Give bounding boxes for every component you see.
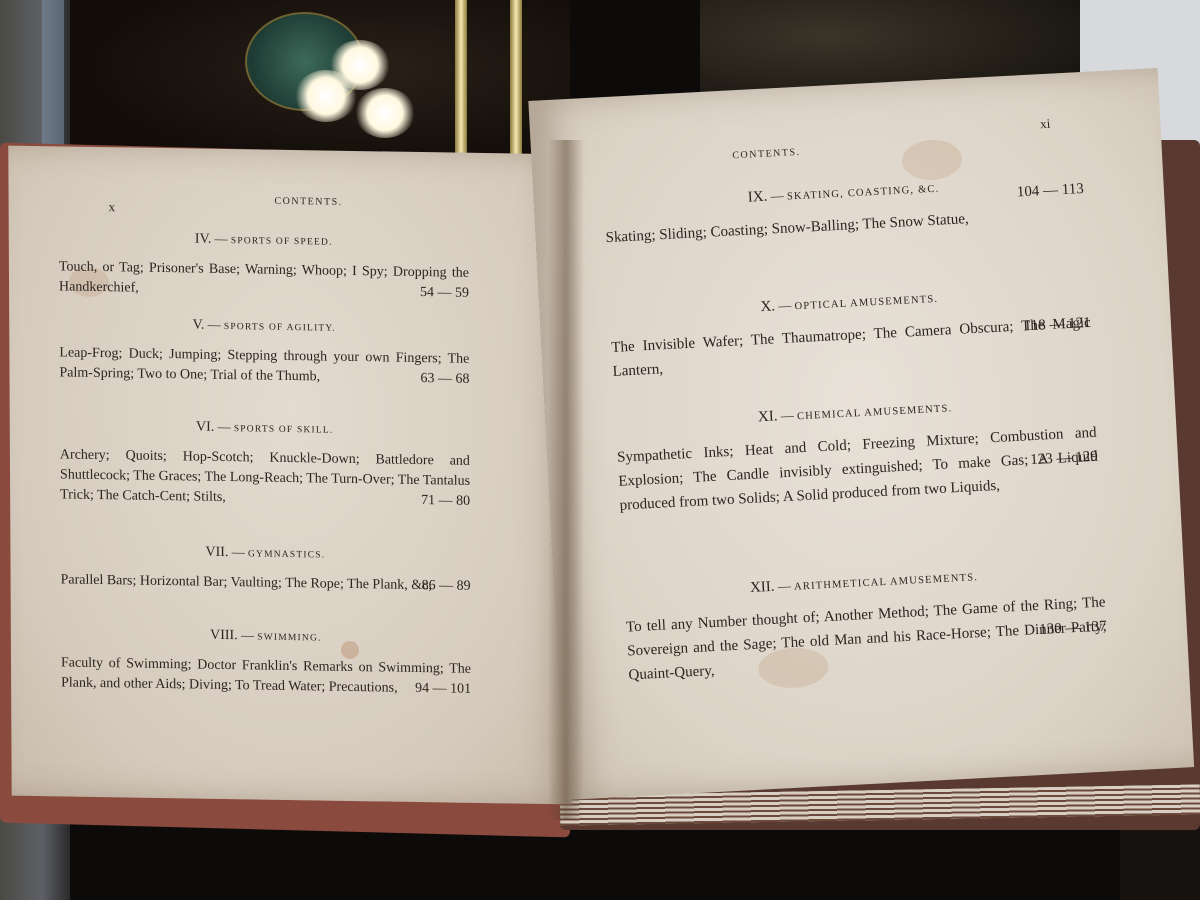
running-head: CONTENTS. xyxy=(452,132,1082,176)
section-heading: VIII. — Swimming. xyxy=(61,624,471,647)
section-entries: Sympathetic Inks; Heat and Cold; Freezin… xyxy=(617,421,1100,518)
page-number: xi xyxy=(1040,116,1051,133)
contents-section: VI. — Sports of Skill. Archery; Quoits; … xyxy=(60,416,470,511)
page-range: 94 — 101 xyxy=(415,679,471,700)
light-glare xyxy=(330,40,390,90)
section-heading: IV. — Sports of Speed. xyxy=(59,228,469,251)
section-entries: Faculty of Swimming; Doctor Franklin's R… xyxy=(61,653,471,699)
contents-section: V. — Sports of Agility. Leap-Frog; Duck;… xyxy=(59,314,469,389)
section-entries: The Invisible Wafer; The Thaumatrope; Th… xyxy=(611,311,1093,384)
contents-section: X. — Optical Amusements. The Invisible W… xyxy=(609,282,1092,384)
book-gutter xyxy=(548,140,584,820)
section-entries: To tell any Number thought of; Another M… xyxy=(625,590,1108,687)
section-heading: VII. — Gymnastics. xyxy=(60,541,470,564)
light-glare xyxy=(355,88,415,138)
page-range: 118 — 121 xyxy=(1023,311,1091,338)
contents-section: XII. — Arithmetical Amusements. To tell … xyxy=(624,562,1109,688)
right-page: xi CONTENTS. IX. — Skating, Coasting, &c… xyxy=(528,68,1194,800)
page-range: 123 — 129 xyxy=(1030,445,1099,472)
page-range: 63 — 68 xyxy=(420,369,469,390)
section-entries: Touch, or Tag; Prisoner's Base; Warning;… xyxy=(59,257,469,303)
section-entries: Leap-Frog; Duck; Jumping; Stepping throu… xyxy=(59,343,469,389)
contents-section: IV. — Sports of Speed. Touch, or Tag; Pr… xyxy=(59,228,469,303)
page-range: 104 — 113 xyxy=(1016,177,1084,204)
section-entries: Archery; Quoits; Hop-Scotch; Knuckle-Dow… xyxy=(60,445,470,511)
page-range: 86 — 89 xyxy=(422,576,471,597)
section-heading: V. — Sports of Agility. xyxy=(59,314,469,337)
contents-section: IX. — Skating, Coasting, &c. Skating; Sl… xyxy=(604,172,1086,250)
contents-section: VIII. — Swimming. Faculty of Swimming; D… xyxy=(61,624,471,699)
page-range: 130 — 137 xyxy=(1039,614,1108,641)
section-entries: Parallel Bars; Horizontal Bar; Vaulting;… xyxy=(61,570,471,596)
display-rod xyxy=(455,0,467,160)
running-head: CONTENTS. xyxy=(9,192,569,212)
section-heading: VI. — Sports of Skill. xyxy=(60,416,470,439)
display-rod xyxy=(510,0,522,160)
page-range: 54 — 59 xyxy=(420,283,469,304)
contents-section: VII. — Gymnastics. Parallel Bars; Horizo… xyxy=(60,541,470,596)
contents-section: XI. — Chemical Amusements. Sympathetic I… xyxy=(615,392,1100,518)
left-page: x CONTENTS. IV. — Sports of Speed. Touch… xyxy=(8,146,571,805)
page-range: 71 — 80 xyxy=(421,491,470,512)
